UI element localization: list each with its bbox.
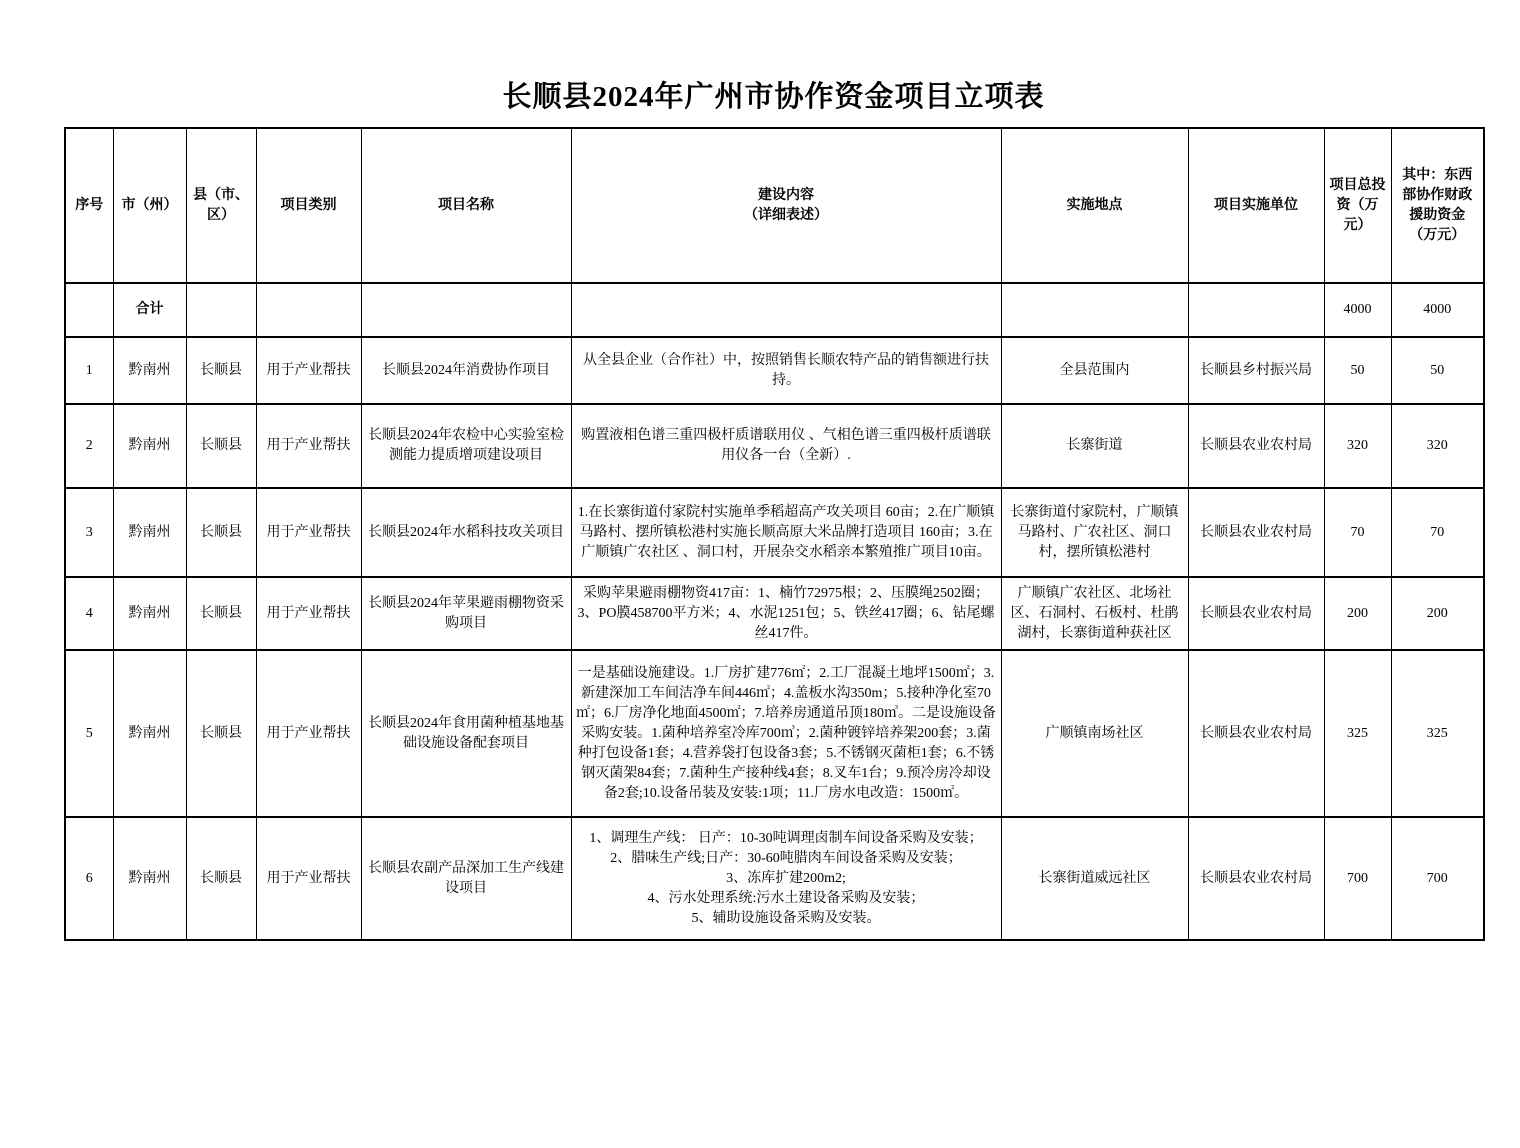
project-row-6: 6 黔南州 长顺县 用于产业帮扶 长顺县农副产品深加工生产线建设项目 1、调理生… (65, 817, 1484, 940)
cell-unit: 长顺县农业农村局 (1188, 577, 1324, 650)
cell-total: 700 (1324, 817, 1391, 940)
total-category-cell (256, 283, 361, 337)
cell-content: 采购苹果避雨棚物资417亩：1、楠竹72975根；2、压膜绳2502圈；3、PO… (571, 577, 1001, 650)
project-row-2: 2 黔南州 长顺县 用于产业帮扶 长顺县2024年农检中心实验室检测能力提质增项… (65, 404, 1484, 488)
project-row-1: 1 黔南州 长顺县 用于产业帮扶 长顺县2024年消费协作项目 从全县企业（合作… (65, 337, 1484, 404)
col-county: 县（市、区） (186, 128, 256, 283)
col-implementing-unit: 项目实施单位 (1188, 128, 1324, 283)
cell-content: 1、调理生产线： 日产：10-30吨调理卤制车间设备采购及安装； 2、腊味生产线… (571, 817, 1001, 940)
cell-aid: 50 (1391, 337, 1484, 404)
col-category: 项目类别 (256, 128, 361, 283)
total-content-cell (571, 283, 1001, 337)
cell-serial: 6 (65, 817, 113, 940)
project-table: 序号 市（州） 县（市、区） 项目类别 项目名称 建设内容 （详细表述） 实施地… (64, 127, 1485, 941)
total-row: 合计 4000 4000 (65, 283, 1484, 337)
total-unit-cell (1188, 283, 1324, 337)
cell-county: 长顺县 (186, 817, 256, 940)
cell-city: 黔南州 (113, 817, 186, 940)
col-construction-content: 建设内容 （详细表述） (571, 128, 1001, 283)
col-project-name: 项目名称 (361, 128, 571, 283)
cell-total: 50 (1324, 337, 1391, 404)
cell-aid: 700 (1391, 817, 1484, 940)
cell-project-name: 长顺县2024年水稻科技攻关项目 (361, 488, 571, 577)
cell-city: 黔南州 (113, 404, 186, 488)
cell-serial: 5 (65, 650, 113, 817)
cell-serial: 3 (65, 488, 113, 577)
cell-content: 从全县企业（合作社）中，按照销售长顺农特产品的销售额进行扶持。 (571, 337, 1001, 404)
cell-content: 1.在长寨街道付家院村实施单季稻超高产攻关项目 60亩；2.在广顺镇马路村、摆所… (571, 488, 1001, 577)
cell-category: 用于产业帮扶 (256, 577, 361, 650)
cell-location: 长寨街道付家院村，广顺镇马路村、广农社区、洞口村，摆所镇松港村 (1001, 488, 1188, 577)
cell-unit: 长顺县农业农村局 (1188, 650, 1324, 817)
project-row-4: 4 黔南州 长顺县 用于产业帮扶 长顺县2024年苹果避雨棚物资采购项目 采购苹… (65, 577, 1484, 650)
cell-city: 黔南州 (113, 577, 186, 650)
document-page: 长顺县2024年广州市协作资金项目立项表 序号 市（州） 县（市、区） 项目类别… (64, 74, 1483, 941)
cell-city: 黔南州 (113, 650, 186, 817)
cell-serial: 1 (65, 337, 113, 404)
cell-project-name: 长顺县农副产品深加工生产线建设项目 (361, 817, 571, 940)
cell-category: 用于产业帮扶 (256, 817, 361, 940)
cell-location: 广顺镇南场社区 (1001, 650, 1188, 817)
cell-total: 325 (1324, 650, 1391, 817)
cell-project-name: 长顺县2024年苹果避雨棚物资采购项目 (361, 577, 571, 650)
cell-total: 70 (1324, 488, 1391, 577)
total-investment-cell: 4000 (1324, 283, 1391, 337)
project-row-5: 5 黔南州 长顺县 用于产业帮扶 长顺县2024年食用菌种植基地基础设施设备配套… (65, 650, 1484, 817)
col-city-state: 市（州） (113, 128, 186, 283)
project-row-3: 3 黔南州 长顺县 用于产业帮扶 长顺县2024年水稻科技攻关项目 1.在长寨街… (65, 488, 1484, 577)
cell-location: 广顺镇广农社区、北场社区、石洞村、石板村、杜鹃湖村，长寨街道种获社区 (1001, 577, 1188, 650)
total-aid-cell: 4000 (1391, 283, 1484, 337)
cell-category: 用于产业帮扶 (256, 650, 361, 817)
cell-aid: 200 (1391, 577, 1484, 650)
cell-project-name: 长顺县2024年农检中心实验室检测能力提质增项建设项目 (361, 404, 571, 488)
cell-county: 长顺县 (186, 404, 256, 488)
cell-category: 用于产业帮扶 (256, 488, 361, 577)
cell-aid: 70 (1391, 488, 1484, 577)
cell-county: 长顺县 (186, 337, 256, 404)
total-name-cell (361, 283, 571, 337)
cell-unit: 长顺县农业农村局 (1188, 817, 1324, 940)
col-aid-funds: 其中：东西部协作财政援助资金（万元） (1391, 128, 1484, 283)
cell-content: 购置液相色谱三重四极杆质谱联用仪 、气相色谱三重四极杆质谱联用仪各一台（全新）. (571, 404, 1001, 488)
cell-category: 用于产业帮扶 (256, 404, 361, 488)
cell-aid: 325 (1391, 650, 1484, 817)
cell-unit: 长顺县农业农村局 (1188, 404, 1324, 488)
cell-unit: 长顺县乡村振兴局 (1188, 337, 1324, 404)
cell-total: 320 (1324, 404, 1391, 488)
cell-serial: 4 (65, 577, 113, 650)
cell-project-name: 长顺县2024年食用菌种植基地基础设施设备配套项目 (361, 650, 571, 817)
cell-location: 长寨街道威远社区 (1001, 817, 1188, 940)
total-county-cell (186, 283, 256, 337)
cell-county: 长顺县 (186, 488, 256, 577)
total-label-cell: 合计 (113, 283, 186, 337)
cell-serial: 2 (65, 404, 113, 488)
cell-county: 长顺县 (186, 577, 256, 650)
cell-city: 黔南州 (113, 337, 186, 404)
page-title: 长顺县2024年广州市协作资金项目立项表 (64, 74, 1483, 115)
cell-location: 长寨街道 (1001, 404, 1188, 488)
col-serial: 序号 (65, 128, 113, 283)
cell-project-name: 长顺县2024年消费协作项目 (361, 337, 571, 404)
col-total-investment: 项目总投资（万元） (1324, 128, 1391, 283)
cell-location: 全县范围内 (1001, 337, 1188, 404)
cell-county: 长顺县 (186, 650, 256, 817)
cell-unit: 长顺县农业农村局 (1188, 488, 1324, 577)
col-location: 实施地点 (1001, 128, 1188, 283)
header-row: 序号 市（州） 县（市、区） 项目类别 项目名称 建设内容 （详细表述） 实施地… (65, 128, 1484, 283)
total-location-cell (1001, 283, 1188, 337)
total-serial-cell (65, 283, 113, 337)
cell-total: 200 (1324, 577, 1391, 650)
cell-content: 一是基础设施建设。1.厂房扩建776㎡；2.工厂混凝土地坪1500㎡；3.新建深… (571, 650, 1001, 817)
cell-city: 黔南州 (113, 488, 186, 577)
cell-aid: 320 (1391, 404, 1484, 488)
cell-category: 用于产业帮扶 (256, 337, 361, 404)
